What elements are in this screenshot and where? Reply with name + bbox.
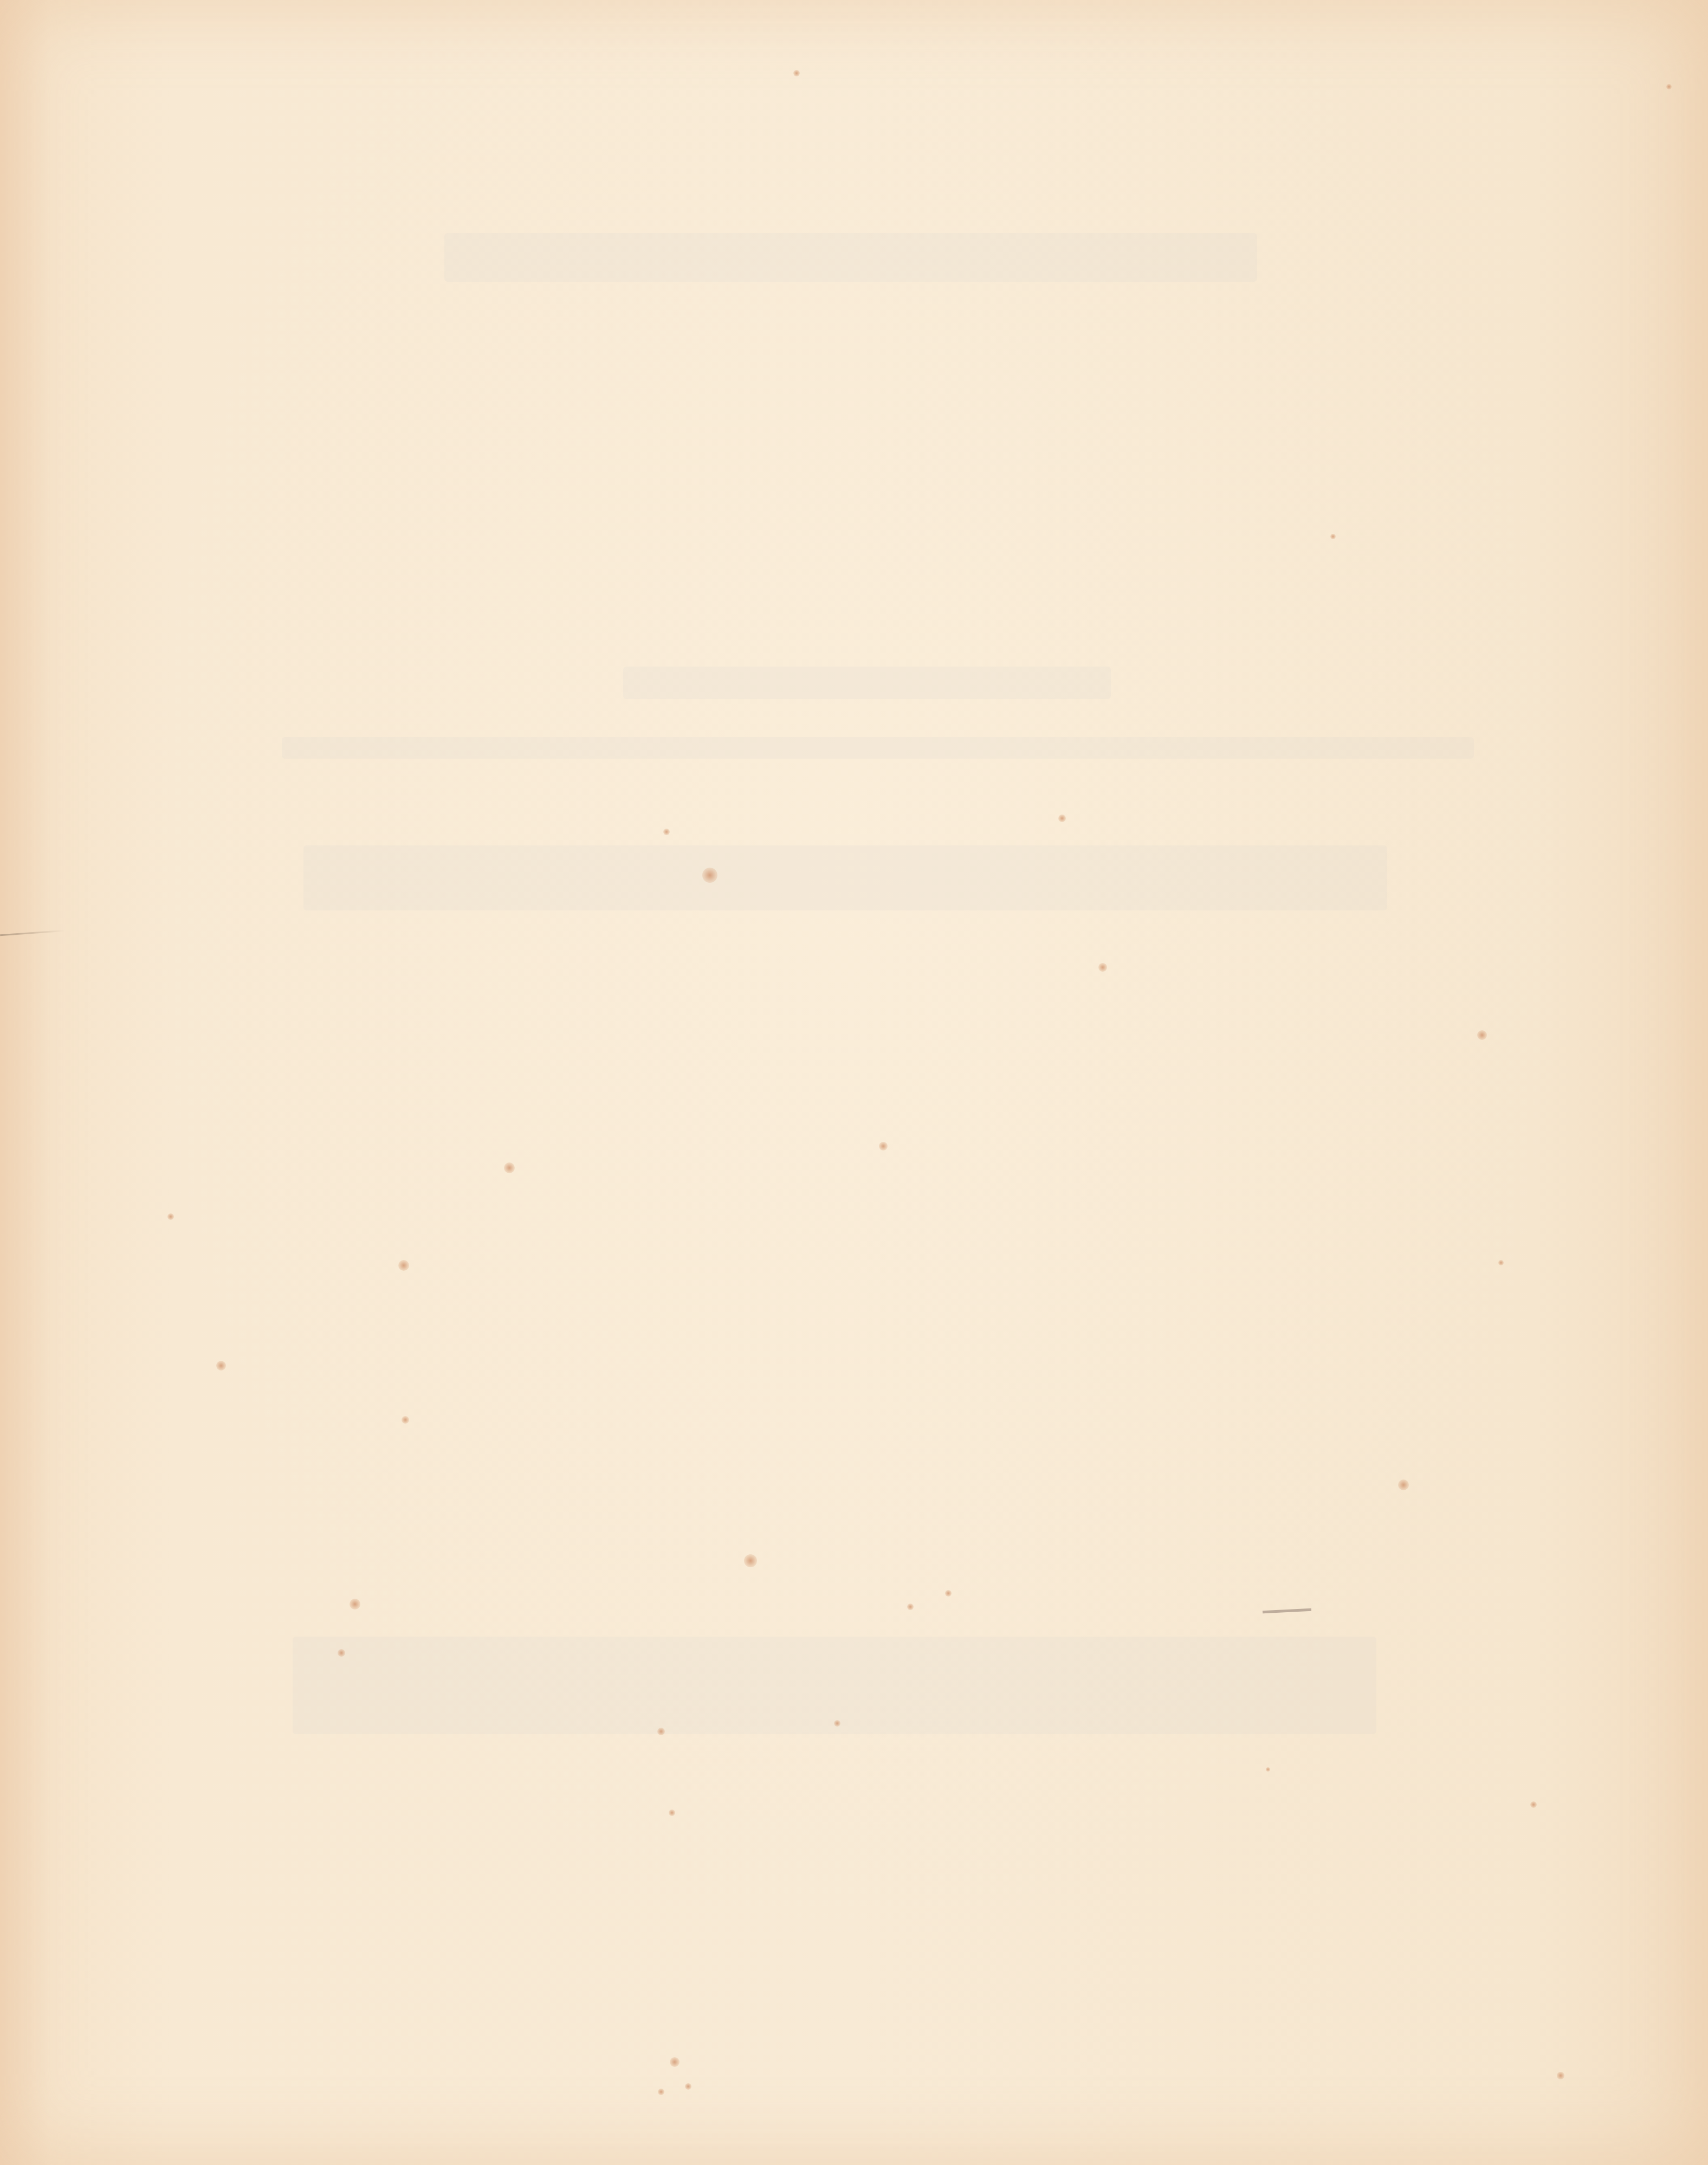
foxing-spot (504, 1162, 515, 1173)
foxing-spot (216, 1361, 226, 1371)
foxing-spot (657, 1728, 665, 1735)
foxing-spot (1477, 1030, 1487, 1040)
edge-toning (0, 0, 1708, 2165)
foxing-spot (1266, 1767, 1270, 1772)
foxing-spot (1530, 1801, 1537, 1808)
foxing-spot (402, 1416, 409, 1424)
foxing-spot (1498, 1260, 1504, 1265)
ghost-text-band (623, 667, 1111, 699)
foxing-spot (793, 70, 800, 76)
foxing-spot (338, 1649, 345, 1657)
foxing-spot (670, 2057, 680, 2067)
foxing-spot (702, 868, 717, 883)
ghost-text-band (282, 737, 1474, 759)
paper-page (0, 0, 1708, 2165)
foxing-spot (1330, 534, 1336, 539)
ghost-text-band (444, 233, 1257, 282)
foxing-spot (350, 1599, 360, 1610)
ghost-text-band (293, 1637, 1376, 1734)
left-edge-crease (0, 930, 65, 936)
foxing-spot (1058, 815, 1066, 822)
foxing-spot (685, 2083, 691, 2090)
foxing-spot (834, 1720, 840, 1727)
foxing-spot (167, 1213, 174, 1220)
foxing-spot (879, 1142, 888, 1151)
foxing-spot (907, 1604, 914, 1610)
foxing-spot (1666, 84, 1672, 89)
foxing-spot (1098, 963, 1107, 972)
foxing-spot (663, 829, 670, 835)
small-surface-mark (1263, 1608, 1311, 1614)
foxing-spot (669, 1809, 675, 1816)
foxing-spot (945, 1590, 952, 1597)
foxing-spot (658, 2089, 664, 2095)
foxing-spot (398, 1260, 409, 1271)
foxing-spot (744, 1554, 757, 1567)
foxing-spot (1557, 2072, 1564, 2079)
ghost-text-band (303, 845, 1387, 910)
foxing-spot (1398, 1479, 1409, 1490)
